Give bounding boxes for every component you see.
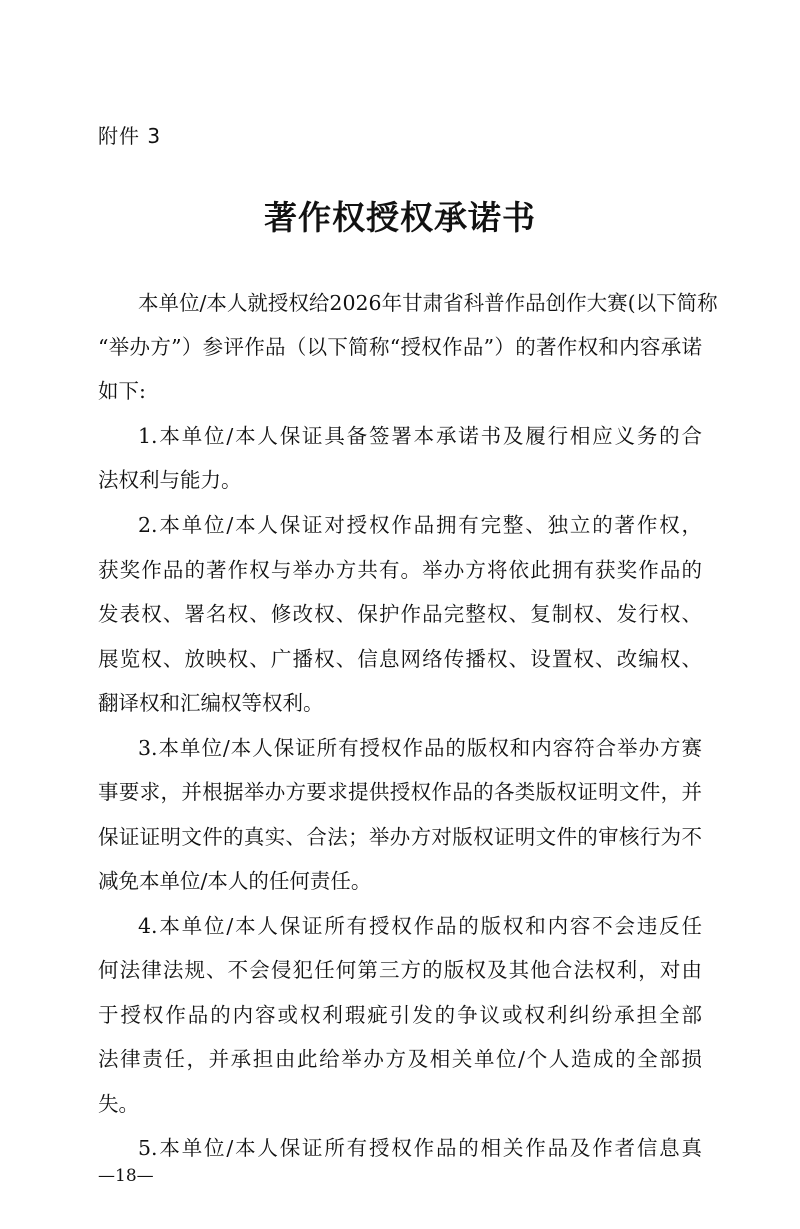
document-title: 著作权授权承诺书 [0,192,800,239]
clause-1-line: 1.本单位/本人保证具备签署本承诺书及履行相应义务的合 [138,419,702,449]
clause-2-line: 展览权、放映权、广播权、信息网络传播权、设置权、改编权、 [98,642,702,672]
clause-2-line: 翻译权和汇编权等权利。 [98,686,702,716]
clause-4-line: 于授权作品的内容或权利瑕疵引发的争议或权利纠纷承担全部 [98,998,702,1028]
clause-4-line: 4.本单位/本人保证所有授权作品的版权和内容不会违反任 [138,909,702,939]
body-line: “举办方”）参评作品（以下简称“授权作品”）的著作权和内容承诺 [98,330,702,360]
page-number: —18— [98,1166,154,1186]
clause-2-line: 获奖作品的著作权与举办方共有。举办方将依此拥有获奖作品的 [98,553,702,583]
clause-4-line: 法律责任，并承担由此给举办方及相关单位/个人造成的全部损 [98,1042,702,1072]
body-line: 本单位/本人就授权给2026年甘肃省科普作品创作大赛(以下简称 [138,286,702,316]
document-page: 附件 3 著作权授权承诺书 本单位/本人就授权给2026年甘肃省科普作品创作大赛… [0,0,800,1229]
clause-2-line: 发表权、署名权、修改权、保护作品完整权、复制权、发行权、 [98,597,702,627]
clause-3-line: 3.本单位/本人保证所有授权作品的版权和内容符合举办方赛 [138,731,702,761]
attachment-label: 附件 3 [98,120,161,149]
clause-2-line: 2.本单位/本人保证对授权作品拥有完整、独立的著作权， [138,508,702,538]
clause-3-line: 保证证明文件的真实、合法；举办方对版权证明文件的审核行为不 [98,820,702,850]
clause-4-line: 失。 [98,1087,702,1117]
clause-4-line: 何法律法规、不会侵犯任何第三方的版权及其他合法权利，对由 [98,953,702,983]
clause-3-line: 事要求，并根据举办方要求提供授权作品的各类版权证明文件，并 [98,775,702,805]
body-line: 如下: [98,374,702,404]
clause-3-line: 减免本单位/本人的任何责任。 [98,864,702,894]
clause-5-line: 5.本单位/本人保证所有授权作品的相关作品及作者信息真 [138,1131,702,1161]
clause-1-line: 法权利与能力。 [98,463,702,493]
